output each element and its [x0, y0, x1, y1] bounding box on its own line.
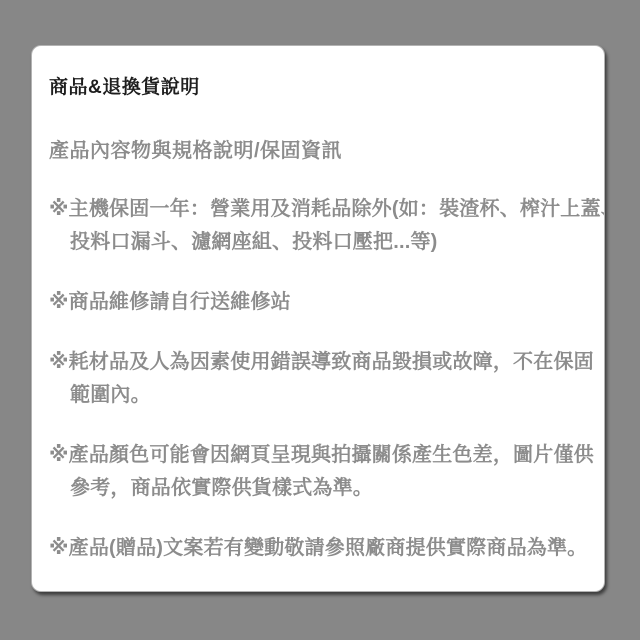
note-line: 投料口漏斗、濾網座組、投料口壓把...等)	[70, 226, 586, 259]
page-background: { "page": { "background_color": "#878787…	[0, 0, 640, 640]
note-color-difference: ※產品顏色可能會因網頁呈現與拍攝關係產生色差，圖片僅供 參考，商品依實際供貨樣式…	[49, 439, 586, 505]
note-line: ※主機保固一年：營業用及消耗品除外(如：裝渣杯、榨汁上蓋、	[49, 193, 586, 226]
note-line: ※耗材品及人為因素使用錯誤導致商品毀損或故障，不在保固	[49, 346, 586, 379]
card-title: 商品&退換貨說明	[49, 75, 586, 101]
note-gift-copy: ※產品(贈品)文案若有變動敬請參照廠商提供實際商品為準。	[49, 532, 586, 565]
note-repair: ※商品維修請自行送維修站	[49, 286, 586, 319]
note-line: ※產品顏色可能會因網頁呈現與拍攝關係產生色差，圖片僅供	[49, 439, 586, 472]
note-damage: ※耗材品及人為因素使用錯誤導致商品毀損或故障，不在保固 範圍內。	[49, 346, 586, 412]
note-warranty: ※主機保固一年：營業用及消耗品除外(如：裝渣杯、榨汁上蓋、 投料口漏斗、濾網座組…	[49, 193, 586, 259]
product-info-card: 商品&退換貨說明 產品內容物與規格說明/保固資訊 ※主機保固一年：營業用及消耗品…	[31, 45, 605, 592]
note-line: 範圍內。	[70, 379, 586, 412]
card-subtitle: 產品內容物與規格說明/保固資訊	[49, 135, 586, 168]
note-line: ※產品(贈品)文案若有變動敬請參照廠商提供實際商品為準。	[49, 532, 586, 565]
note-line: ※商品維修請自行送維修站	[49, 286, 586, 319]
note-line: 參考，商品依實際供貨樣式為準。	[70, 472, 586, 505]
